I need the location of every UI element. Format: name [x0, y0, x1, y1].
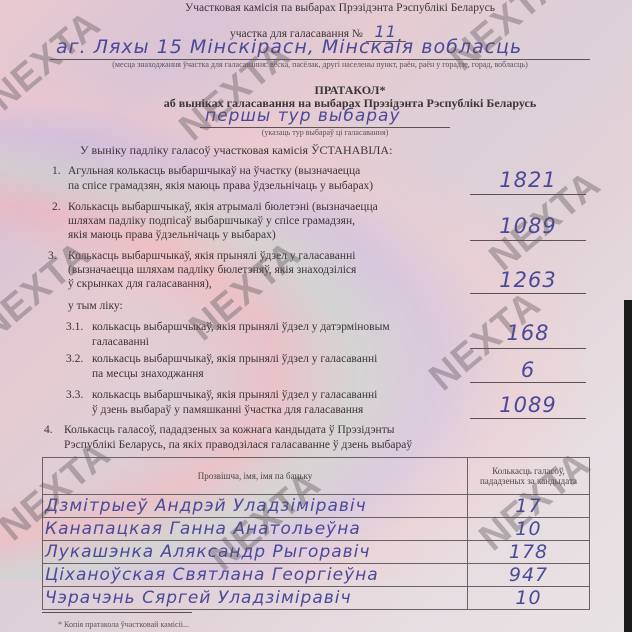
item-3-1-line-1: колькасць выбаршчыкаў, якія прынялі ўдзе…	[92, 320, 390, 335]
item-3: 3. Колькасць выбаршчыкаў, якія прынялі ў…	[48, 249, 356, 291]
location-caption: (месца знаходжання ўчастка для галасаван…	[50, 60, 590, 69]
col-votes-header-line-1: Колькасць галасоў,	[468, 466, 589, 476]
item-3-value: 1263	[470, 268, 586, 292]
item-1-line-2: па спісе грамадзян, якія маюць права ўдз…	[68, 179, 373, 194]
item-3-line-1: Колькасць выбаршчыкаў, якія прынялі ўдзе…	[68, 249, 356, 263]
item-2-value: 1089	[470, 214, 586, 238]
item-3-1-underline	[470, 348, 586, 349]
item-1-line-1: Агульная колькасць выбаршчыкаў на ўчастк…	[68, 164, 373, 179]
item-2-num: 2.	[52, 200, 61, 214]
candidate-name: Канапацкая Ганна Анатольеўна	[43, 518, 468, 541]
candidates-table: Прозвішча, імя, імя па бацьку Колькасць …	[42, 457, 590, 610]
candidate-votes: 10	[468, 587, 590, 610]
footnote-divider	[42, 612, 192, 613]
location-handwritten: аг. Ляхы 15 Мінскірасн, Мінскаія вобласц…	[56, 36, 586, 58]
intro-text: У выніку падліку галасоў участковая камі…	[80, 143, 392, 158]
item-2-line-1: Колькасць выбаршчыкаў, якія атрымалі бюл…	[68, 200, 378, 214]
item-1-underline	[470, 194, 586, 195]
item-3-2-num: 3.2.	[66, 352, 83, 367]
item-1-num: 1.	[52, 164, 61, 179]
photo-edge	[624, 300, 632, 632]
candidate-votes: 10	[468, 518, 590, 541]
col-name-header: Прозвішча, імя, імя па бацьку	[43, 458, 468, 495]
item-4: 4. Колькасць галасоў, пададзеных за кожн…	[44, 423, 412, 453]
table-row: Канапацкая Ганна Анатольеўна 10	[43, 518, 590, 541]
item-3-2: 3.2. колькасць выбаршчыкаў, якія прынялі…	[66, 352, 377, 382]
candidate-votes: 178	[468, 541, 590, 564]
candidate-name: Ціханоўская Святлана Георгіеўна	[43, 564, 468, 587]
item-3-1-line-2: галасаванні	[92, 335, 390, 350]
item-3-3-num: 3.3.	[66, 388, 83, 403]
candidate-votes: 17	[468, 495, 590, 518]
candidate-name: Лукашэнка Аляксандр Рыгоравіч	[43, 541, 468, 564]
candidate-votes: 947	[468, 564, 590, 587]
item-3-1-num: 3.1.	[66, 320, 83, 335]
item-3-3-line-1: колькасць выбаршчыкаў, якія прынялі ўдзе…	[92, 388, 377, 403]
item-4-num: 4.	[44, 423, 53, 438]
item-3-3-line-2: ў дзень выбараў у памяшканні ўчастка для…	[92, 403, 377, 418]
item-3-num: 3.	[48, 249, 57, 263]
item-3-line-3: ў скрынках для галасавання),	[68, 277, 356, 291]
footnote-text: * Копія пратакола ўчастковай камісіі...	[58, 620, 189, 629]
table-row: Чэрачэнь Сяргей Уладзіміравіч 10	[43, 587, 590, 610]
col-votes-header-line-2: пададзеных за кандыдата	[468, 476, 589, 486]
commission-title: Участковая камісія па выбарах Прэзідэнта…	[100, 2, 580, 14]
item-2-line-3: якія маюць права ўдзельнічаць у выбарах)	[68, 228, 378, 242]
item-3-3: 3.3. колькасць выбаршчыкаў, якія прынялі…	[66, 388, 377, 418]
item-1: 1. Агульная колькасць выбаршчыкаў на ўча…	[52, 164, 373, 194]
item-4-line-2: Рэспублікі Беларусь, па якіх праводзілас…	[64, 438, 412, 453]
table-row: Ціханоўская Святлана Георгіеўна 947	[43, 564, 590, 587]
candidate-name: Дзмітрыеў Андрэй Уладзіміравіч	[43, 495, 468, 518]
item-3-1-value: 168	[470, 321, 586, 345]
item-4-line-1: Колькасць галасоў, пададзеных за кожнага…	[64, 423, 412, 438]
item-3-2-line-2: па месцы знаходжання	[92, 367, 377, 382]
item-3-2-underline	[470, 382, 586, 383]
item-3-2-line-1: колькасць выбаршчыкаў, якія прынялі ўдзе…	[92, 352, 377, 367]
item-3-1: 3.1. колькасць выбаршчыкаў, якія прынялі…	[66, 320, 390, 350]
item-3-line-2: (вызначаецца шляхам падліку бюлетэняў, я…	[68, 263, 356, 277]
table-row: Дзмітрыеў Андрэй Уладзіміравіч 17	[43, 495, 590, 518]
item-2-underline	[470, 240, 586, 241]
col-votes-header: Колькасць галасоў, пададзеных за кандыда…	[468, 458, 590, 495]
item-2-line-2: шляхам падліку подпісаў выбаршчыкаў у сп…	[68, 214, 378, 228]
candidate-name: Чэрачэнь Сяргей Уладзіміравіч	[43, 587, 468, 610]
table-row: Лукашэнка Аляксандр Рыгоравіч 178	[43, 541, 590, 564]
item-1-value: 1821	[470, 168, 586, 192]
round-handwritten: першы тур выбараў	[205, 106, 455, 126]
item-3-3-underline	[470, 418, 586, 419]
item-3-underline	[470, 293, 586, 294]
round-caption: (указаць тур выбараў ці галасавання)	[200, 128, 450, 137]
including-label: у тым ліку:	[68, 300, 123, 312]
item-3-3-value: 1089	[470, 393, 586, 417]
item-3-2-value: 6	[470, 358, 586, 382]
table-header-row: Прозвішча, імя, імя па бацьку Колькасць …	[43, 458, 590, 495]
item-2: 2. Колькасць выбаршчыкаў, якія атрымалі …	[52, 200, 378, 242]
